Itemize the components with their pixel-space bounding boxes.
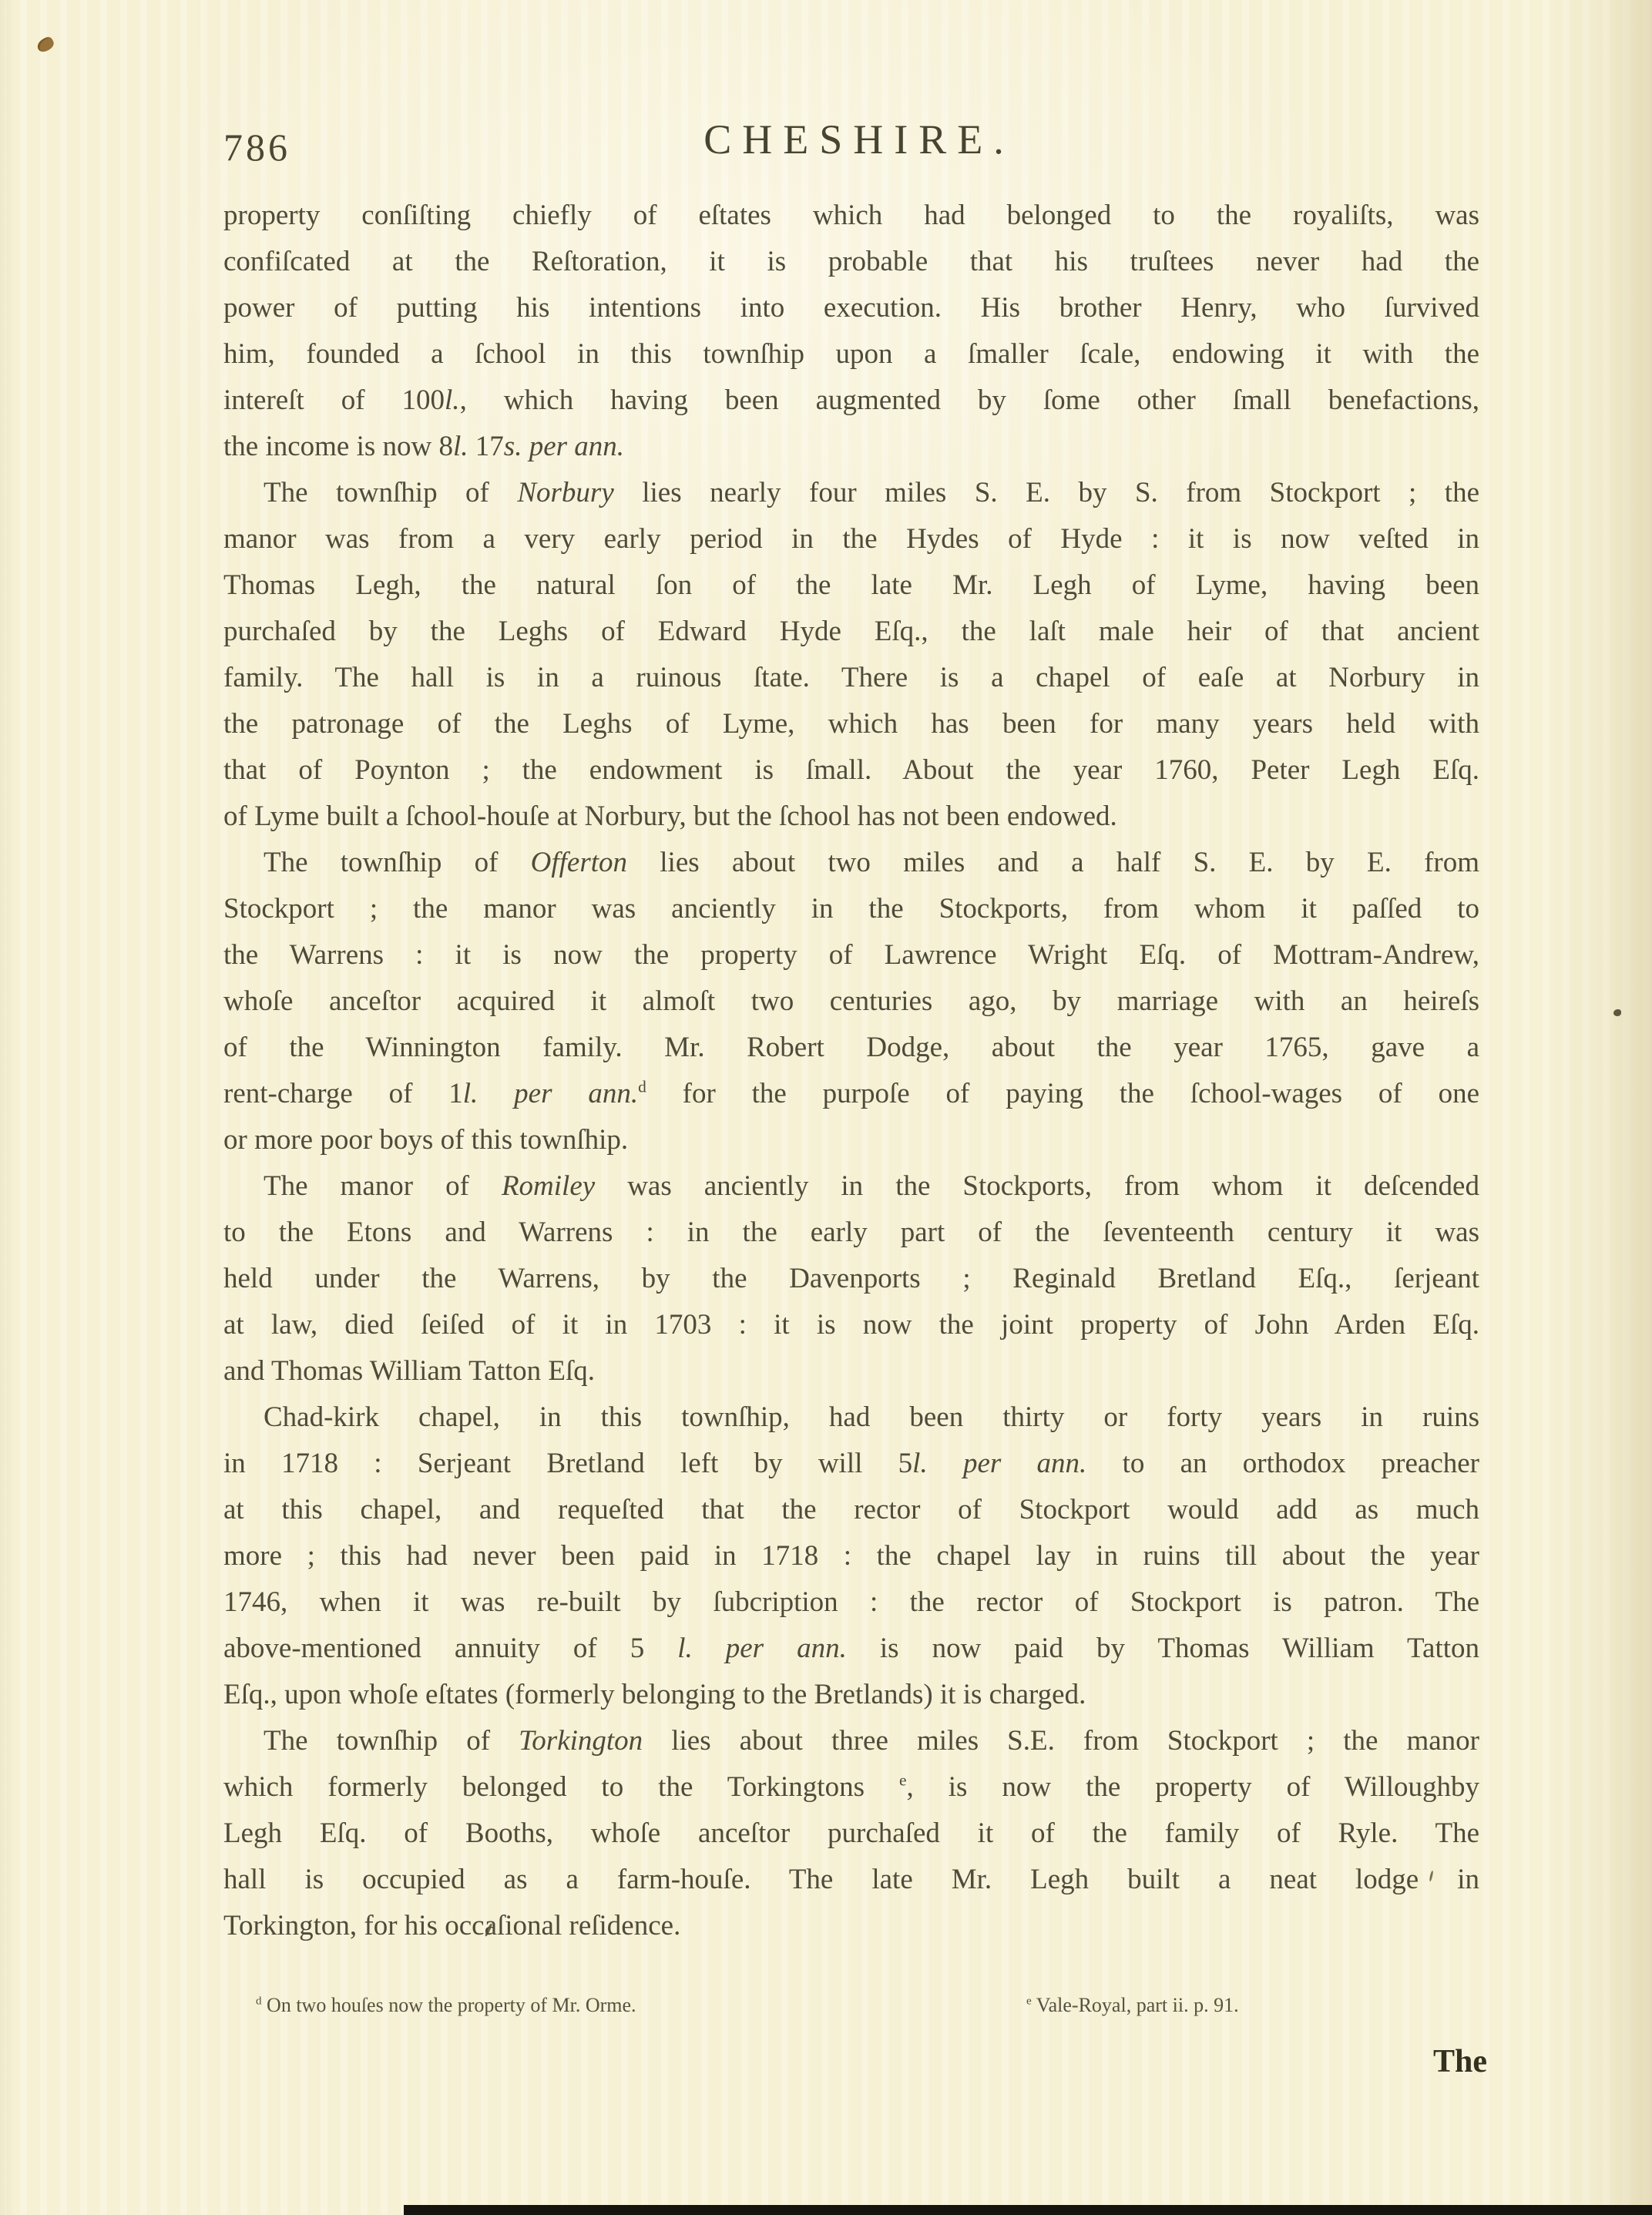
text-segment: which formerly belonged to the Torkingto… [223, 1771, 899, 1803]
text-segment: l. per ann. [463, 1078, 638, 1109]
text-line: more ; this had never been paid in 1718 … [223, 1533, 1479, 1579]
text-segment: The townſhip of [264, 477, 517, 508]
text-line: at this chapel, and requeſted that the r… [223, 1487, 1479, 1533]
text-line: to the Etons and Warrens : in the early … [223, 1210, 1479, 1256]
text-segment: lies about two miles and a half S. E. by… [627, 847, 1479, 878]
text-segment: confiſcated at the Reſtoration, it is pr… [223, 246, 1479, 277]
page-body: property conſiſting chiefly of eſtates w… [223, 193, 1479, 1949]
text-segment: per ann. [529, 431, 624, 462]
text-segment: or more poor boys of this townſhip. [223, 1124, 628, 1156]
text-segment: Offerton [531, 847, 627, 878]
text-segment: for the purpoſe of paying the ſchool-wag… [646, 1078, 1479, 1109]
text-segment: the income is now 8 [223, 431, 453, 462]
text-segment: whoſe anceſtor acquired it almoſt two ce… [223, 985, 1479, 1017]
text-line: the Warrens : it is now the property of … [223, 932, 1479, 978]
text-line: whoſe anceſtor acquired it almoſt two ce… [223, 978, 1479, 1025]
text-segment: him, founded a ſchool in this townſhip u… [223, 338, 1479, 370]
text-segment: Chad-kirk chapel, in this townſhip, had … [264, 1401, 1479, 1433]
text-line: hall is occupied as a farm-houſe. The la… [223, 1857, 1479, 1903]
text-line: Chad-kirk chapel, in this townſhip, had … [223, 1394, 1479, 1441]
text-segment: the Warrens : it is now the property of … [223, 939, 1479, 971]
text-line: 1746, when it was re-built by ſubcriptio… [223, 1579, 1479, 1626]
text-line: purchaſed by the Leghs of Edward Hyde Eſ… [223, 609, 1479, 655]
text-line: the patronage of the Leghs of Lyme, whic… [223, 701, 1479, 747]
text-segment: family. The hall is in a ruinous ſtate. … [223, 662, 1479, 693]
text-line: at law, died ſeiſed of it in 1703 : it i… [223, 1302, 1479, 1348]
footnote-e-text: Vale-Royal, part ii. p. 91. [1032, 1994, 1239, 2016]
text-segment: 17 [468, 431, 504, 462]
text-line: The townſhip of Torkington lies about th… [223, 1718, 1479, 1764]
text-segment: of Lyme built a ſchool-houſe at Norbury,… [223, 800, 1117, 832]
text-segment: that of Poynton ; the endowment is ſmall… [223, 754, 1479, 786]
text-segment: to the Etons and Warrens : in the early … [223, 1217, 1479, 1248]
text-segment: Torkington [519, 1725, 643, 1757]
text-segment: hall is occupied as a farm-houſe. The la… [223, 1864, 1479, 1895]
text-segment: is now paid by Thomas William Tatton [847, 1633, 1479, 1664]
text-segment: more ; this had never been paid in 1718 … [223, 1540, 1479, 1572]
footnote-d-text: On two houſes now the property of Mr. Or… [262, 1994, 636, 2016]
text-line: family. The hall is in a ruinous ſtate. … [223, 655, 1479, 701]
text-line: confiſcated at the Reſtoration, it is pr… [223, 239, 1479, 285]
text-line: of the Winnington family. Mr. Robert Dod… [223, 1025, 1479, 1071]
text-line: power of putting his intentions into exe… [223, 285, 1479, 331]
text-line: rent-charge of 1l. per ann.d for the pur… [223, 1071, 1479, 1117]
footnote-reference: e [899, 1771, 907, 1790]
running-title: CHESHIRE. [223, 116, 1487, 163]
catchword: The [1310, 2043, 1487, 2080]
text-segment: to an orthodox preacher [1086, 1448, 1479, 1479]
text-segment: s. [504, 431, 522, 462]
text-segment: The townſhip of [264, 1725, 519, 1757]
text-line: him, founded a ſchool in this townſhip u… [223, 331, 1479, 378]
text-segment: at law, died ſeiſed of it in 1703 : it i… [223, 1309, 1479, 1341]
ink-speck [1613, 1009, 1621, 1016]
ink-speck [35, 35, 56, 54]
page-header: 786 CHESHIRE. [223, 116, 1479, 177]
text-segment: The manor of [264, 1170, 502, 1202]
text-line: manor was from a very early period in th… [223, 516, 1479, 562]
text-segment: held under the Warrens, by the Davenport… [223, 1263, 1479, 1294]
text-segment: , which having been augmented by ſome ot… [460, 384, 1479, 416]
book-page: 786 CHESHIRE. property conſiſting chiefl… [0, 0, 1652, 2215]
text-segment [522, 431, 529, 462]
text-segment: Norbury [517, 477, 613, 508]
text-segment: purchaſed by the Leghs of Edward Hyde Eſ… [223, 616, 1479, 647]
text-segment: Eſq., upon whoſe eſtates (formerly belon… [223, 1679, 1086, 1710]
text-line: The townſhip of Offerton lies about two … [223, 840, 1479, 886]
text-line: Eſq., upon whoſe eſtates (formerly belon… [223, 1672, 1479, 1718]
footnote-e-marker: e [1026, 1995, 1032, 2007]
footnote-d-marker: d [256, 1995, 262, 2007]
text-segment: l. per ann. [677, 1633, 847, 1664]
text-segment: was anciently in the Stockports, from wh… [595, 1170, 1479, 1202]
text-segment: at this chapel, and requeſted that the r… [223, 1494, 1479, 1525]
text-segment: l. [453, 431, 468, 462]
text-segment: Stockport ; the manor was anciently in t… [223, 893, 1479, 925]
text-line: in 1718 : Serjeant Bretland left by will… [223, 1441, 1479, 1487]
footnote-d: d On two houſes now the property of Mr. … [256, 1994, 636, 2017]
text-line: Torkington, for his occaſional reſidence… [223, 1903, 1479, 1949]
text-line: property conſiſting chiefly of eſtates w… [223, 193, 1479, 239]
text-segment: The townſhip of [264, 847, 531, 878]
text-segment: in 1718 : Serjeant Bretland left by will… [223, 1448, 912, 1479]
text-line: The manor of Romiley was anciently in th… [223, 1163, 1479, 1210]
text-segment: Romiley [502, 1170, 595, 1202]
text-segment: l. [445, 384, 460, 416]
text-segment: Thomas Legh, the natural ſon of the late… [223, 569, 1479, 601]
text-segment: lies about three miles S.E. from Stockpo… [643, 1725, 1479, 1757]
text-line: above-mentioned annuity of 5 l. per ann.… [223, 1626, 1479, 1672]
text-segment: intereſt of 100 [223, 384, 445, 416]
text-line: Stockport ; the manor was anciently in t… [223, 886, 1479, 932]
text-segment: the patronage of the Leghs of Lyme, whic… [223, 708, 1479, 740]
scan-artifact-bar [404, 2205, 1652, 2215]
text-line: held under the Warrens, by the Davenport… [223, 1256, 1479, 1302]
text-segment: power of putting his intentions into exe… [223, 292, 1479, 324]
text-line: or more poor boys of this townſhip. [223, 1117, 1479, 1163]
text-segment: l. per ann. [912, 1448, 1086, 1479]
text-segment: of the Winnington family. Mr. Robert Dod… [223, 1032, 1479, 1063]
text-line: the income is now 8l. 17s. per ann. [223, 424, 1479, 470]
text-line: of Lyme built a ſchool-houſe at Norbury,… [223, 794, 1479, 840]
text-line: which formerly belonged to the Torkingto… [223, 1764, 1479, 1811]
footnote-reference: d [638, 1078, 646, 1096]
footnote-e: e Vale-Royal, part ii. p. 91. [1026, 1994, 1239, 2017]
text-line: Legh Eſq. of Booths, whoſe anceſtor purc… [223, 1811, 1479, 1857]
text-line: Thomas Legh, the natural ſon of the late… [223, 562, 1479, 609]
text-line: and Thomas William Tatton Eſq. [223, 1348, 1479, 1394]
text-segment: lies nearly four miles S. E. by S. from … [614, 477, 1479, 508]
text-segment: 1746, when it was re-built by ſubcriptio… [223, 1586, 1479, 1618]
text-line: The townſhip of Norbury lies nearly four… [223, 470, 1479, 516]
text-segment: Torkington, for his occaſional reſidence… [223, 1910, 680, 1941]
text-segment: , is now the property of Willoughby [907, 1771, 1480, 1803]
text-segment: rent-charge of 1 [223, 1078, 463, 1109]
text-segment: property conſiſting chiefly of eſtates w… [223, 200, 1479, 231]
text-segment: above-mentioned annuity of 5 [223, 1633, 677, 1664]
text-segment: manor was from a very early period in th… [223, 523, 1479, 555]
text-segment: and Thomas William Tatton Eſq. [223, 1355, 595, 1387]
text-line: intereſt of 100l., which having been aug… [223, 378, 1479, 424]
text-segment: Legh Eſq. of Booths, whoſe anceſtor purc… [223, 1817, 1479, 1849]
text-line: that of Poynton ; the endowment is ſmall… [223, 747, 1479, 794]
